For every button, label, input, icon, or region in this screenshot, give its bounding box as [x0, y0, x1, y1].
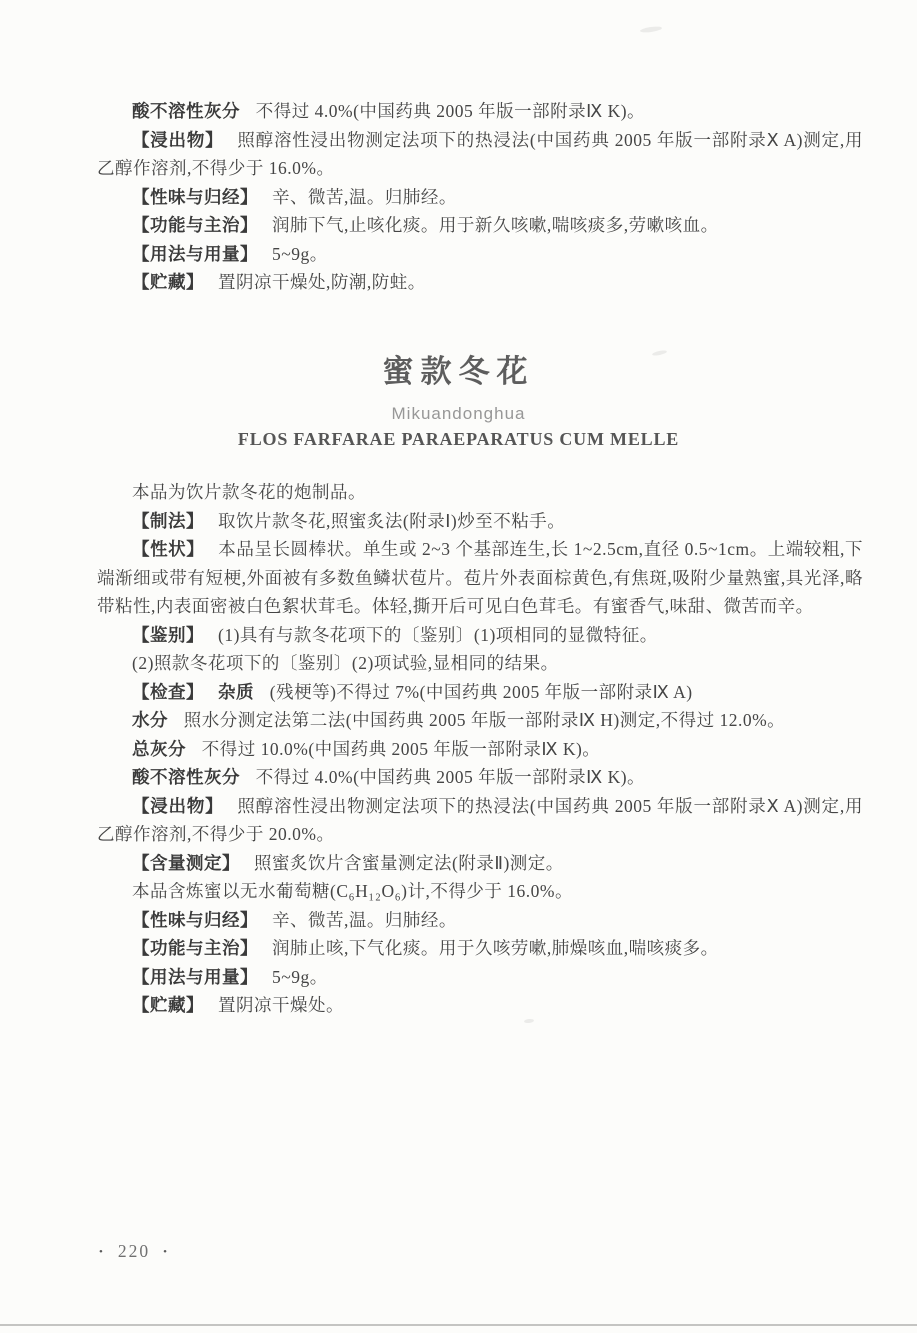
section-label: 【贮藏】: [132, 272, 204, 292]
paragraph-text: (1)具有与款冬花项下的〔鉴别〕(1)项相同的显微特征。: [218, 625, 658, 645]
section-label: 【用法与用量】: [132, 967, 258, 987]
page-edge-line: [0, 1324, 917, 1326]
paragraph-assay-method: 【含量测定】照蜜炙饮片含蜜量测定法(附录Ⅱ)测定。: [97, 849, 863, 878]
paragraph-text: 润肺止咳,下气化痰。用于久咳劳嗽,肺燥咳血,喘咳痰多。: [272, 938, 719, 958]
paragraph-text: 不得过 10.0%(中国药典 2005 年版一部附录Ⅸ K)。: [202, 739, 601, 759]
paragraph-examination-impurity: 【检查】杂质(残梗等)不得过 7%(中国药典 2005 年版一部附录Ⅸ A): [97, 678, 863, 707]
section-label: 【浸出物】: [132, 130, 223, 150]
paragraph-property-meridian: 【性味与归经】辛、微苦,温。归肺经。: [97, 906, 863, 935]
sub-label: 杂质: [218, 682, 254, 702]
sub-label: 水分: [132, 710, 168, 730]
paragraph-text: 5~9g。: [272, 967, 328, 987]
paragraph-assay-content: 本品含炼蜜以无水葡萄糖(C₆H₁₂O₆)计,不得少于 16.0%。: [97, 877, 863, 906]
paragraph-examination-acid-insoluble-ash: 酸不溶性灰分不得过 4.0%(中国药典 2005 年版一部附录Ⅸ K)。: [97, 763, 863, 792]
sub-label: 酸不溶性灰分: [132, 101, 240, 121]
monograph-body: 本品为饮片款冬花的炮制品。 【制法】取饮片款冬花,照蜜炙法(附录Ⅰ)炒至不粘手。…: [97, 478, 863, 1020]
monograph-title-pinyin: Mikuandonghua: [0, 404, 917, 424]
paragraph-text: 取饮片款冬花,照蜜炙法(附录Ⅰ)炒至不粘手。: [218, 511, 565, 531]
section-label: 【检查】: [132, 682, 204, 702]
paragraph-text: 不得过 4.0%(中国药典 2005 年版一部附录Ⅸ K)。: [256, 101, 645, 121]
paragraph-description: 本品为饮片款冬花的炮制品。: [97, 478, 863, 507]
section-label: 【性味与归经】: [132, 910, 258, 930]
paragraph-text: 本品为饮片款冬花的炮制品。: [132, 482, 366, 502]
monograph-title-latin: FLOS FARFARAE PARAEPARATUS CUM MELLE: [0, 429, 917, 450]
paragraph-dosage: 【用法与用量】5~9g。: [97, 963, 863, 992]
paragraph-text: 辛、微苦,温。归肺经。: [272, 187, 457, 207]
section-label: 【性味与归经】: [132, 187, 258, 207]
scanned-pharmacopoeia-page: 酸不溶性灰分不得过 4.0%(中国药典 2005 年版一部附录Ⅸ K)。 【浸出…: [0, 0, 917, 1333]
paragraph-dosage: 【用法与用量】5~9g。: [97, 240, 863, 269]
paragraph-text: 本品呈长圆棒状。单生或 2~3 个基部连生,长 1~2.5cm,直径 0.5~1…: [97, 539, 863, 616]
paragraph-text: 不得过 4.0%(中国药典 2005 年版一部附录Ⅸ K)。: [256, 767, 645, 787]
paragraph-text: 照蜜炙饮片含蜜量测定法(附录Ⅱ)测定。: [254, 853, 564, 873]
section-label: 【含量测定】: [132, 853, 240, 873]
paragraph-text: 照水分测定法第二法(中国药典 2005 年版一部附录Ⅸ H)测定,不得过 12.…: [184, 710, 785, 730]
paragraph-acid-insoluble-ash: 酸不溶性灰分不得过 4.0%(中国药典 2005 年版一部附录Ⅸ K)。: [97, 97, 863, 126]
paragraph-text: 润肺下气,止咳化痰。用于新久咳嗽,喘咳痰多,劳嗽咳血。: [272, 215, 719, 235]
paragraph-characteristics: 【性状】本品呈长圆棒状。单生或 2~3 个基部连生,长 1~2.5cm,直径 0…: [97, 535, 863, 621]
footer-dot-right: •: [163, 1246, 169, 1258]
section-label: 【制法】: [132, 511, 204, 531]
footer-dot-left: •: [99, 1246, 105, 1258]
page-footer: • 220 •: [99, 1241, 169, 1262]
paragraph-extractives: 【浸出物】照醇溶性浸出物测定法项下的热浸法(中国药典 2005 年版一部附录Ⅹ …: [97, 126, 863, 183]
scan-artifact: [640, 25, 662, 33]
section-label: 【用法与用量】: [132, 244, 258, 264]
paragraph-functions-indications: 【功能与主治】润肺下气,止咳化痰。用于新久咳嗽,喘咳痰多,劳嗽咳血。: [97, 211, 863, 240]
section-label: 【贮藏】: [132, 995, 204, 1015]
paragraph-preparation-method: 【制法】取饮片款冬花,照蜜炙法(附录Ⅰ)炒至不粘手。: [97, 507, 863, 536]
paragraph-text: (残梗等)不得过 7%(中国药典 2005 年版一部附录Ⅸ A): [270, 682, 693, 702]
monograph-heading: 蜜款冬花 Mikuandonghua FLOS FARFARAE PARAEPA…: [0, 346, 917, 450]
paragraph-text: 置阴凉干燥处。: [218, 995, 344, 1015]
sub-label: 总灰分: [132, 739, 186, 759]
paragraph-identification-1: 【鉴别】(1)具有与款冬花项下的〔鉴别〕(1)项相同的显微特征。: [97, 621, 863, 650]
paragraph-property-meridian: 【性味与归经】辛、微苦,温。归肺经。: [97, 183, 863, 212]
paragraph-functions-indications: 【功能与主治】润肺止咳,下气化痰。用于久咳劳嗽,肺燥咳血,喘咳痰多。: [97, 934, 863, 963]
paragraph-text: 置阴凉干燥处,防潮,防蛀。: [218, 272, 426, 292]
paragraph-examination-total-ash: 总灰分不得过 10.0%(中国药典 2005 年版一部附录Ⅸ K)。: [97, 735, 863, 764]
paragraph-text: (2)照款冬花项下的〔鉴别〕(2)项试验,显相同的结果。: [132, 653, 559, 673]
monograph-title-chinese: 蜜款冬花: [0, 346, 917, 391]
section-label: 【浸出物】: [132, 796, 223, 816]
paragraph-text: 5~9g。: [272, 244, 328, 264]
section-label: 【功能与主治】: [132, 938, 258, 958]
section-label: 【功能与主治】: [132, 215, 258, 235]
paragraph-examination-water: 水分照水分测定法第二法(中国药典 2005 年版一部附录Ⅸ H)测定,不得过 1…: [97, 706, 863, 735]
previous-monograph-tail: 酸不溶性灰分不得过 4.0%(中国药典 2005 年版一部附录Ⅸ K)。 【浸出…: [97, 97, 863, 297]
sub-label: 酸不溶性灰分: [132, 767, 240, 787]
paragraph-extractives: 【浸出物】照醇溶性浸出物测定法项下的热浸法(中国药典 2005 年版一部附录Ⅹ …: [97, 792, 863, 849]
paragraph-storage: 【贮藏】置阴凉干燥处,防潮,防蛀。: [97, 268, 863, 297]
paragraph-text: 本品含炼蜜以无水葡萄糖(C₆H₁₂O₆)计,不得少于 16.0%。: [132, 881, 573, 901]
paragraph-text: 辛、微苦,温。归肺经。: [272, 910, 457, 930]
page-number: 220: [118, 1241, 150, 1262]
section-label: 【鉴别】: [132, 625, 204, 645]
section-label: 【性状】: [132, 539, 204, 559]
paragraph-identification-2: (2)照款冬花项下的〔鉴别〕(2)项试验,显相同的结果。: [97, 649, 863, 678]
paragraph-storage: 【贮藏】置阴凉干燥处。: [97, 991, 863, 1020]
